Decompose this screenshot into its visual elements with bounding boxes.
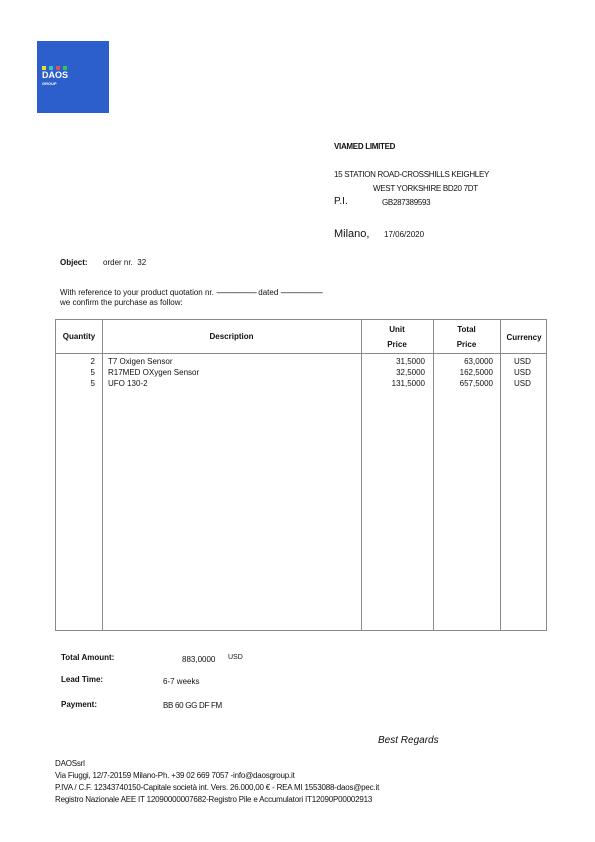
recipient-company: VIAMED LIMITED — [334, 142, 395, 151]
header-currency: Currency — [500, 330, 548, 345]
place: Milano, — [334, 228, 369, 240]
recipient-address-line2: WEST YORKSHIRE BD20 7DT — [373, 184, 478, 193]
cell-total-price: 657,5000 — [460, 379, 493, 388]
total-amount-currency: USD — [228, 654, 243, 661]
recipient-address-line1: 15 STATION ROAD-CROSSHILLS KEIGHLEY — [334, 170, 489, 179]
cell-total-price: 63,0000 — [464, 357, 493, 366]
header-divider — [56, 353, 546, 354]
cell-unit-price: 131,5000 — [392, 379, 425, 388]
closing: Best Regards — [378, 735, 439, 746]
intro-prefix: With reference to your product quotation… — [60, 288, 214, 297]
payment-label: Payment: — [61, 700, 97, 709]
total-amount-label: Total Amount: — [61, 653, 114, 662]
cell-unit-price: 32,5000 — [396, 368, 425, 377]
cell-unit-price: 31,5000 — [396, 357, 425, 366]
header-total-price-line1: Total — [433, 322, 500, 337]
intro-line1: With reference to your product quotation… — [60, 288, 322, 297]
header-unit-price: Unit Price — [361, 322, 433, 352]
table-row: 5UFO 130-2131,5000657,5000USD — [56, 379, 546, 390]
date: 17/06/2020 — [384, 230, 424, 239]
quotation-number-blank: ------------------------ — [216, 288, 256, 297]
intro-line2: we confirm the purchase as follow: — [60, 298, 183, 307]
total-amount-value: 883,0000 — [182, 655, 215, 664]
company-logo: DAOS GROUP — [37, 41, 109, 113]
pi-value: GB287389593 — [382, 198, 430, 207]
footer-address: Via Fiuggi, 12/7-20159 Milano-Ph. +39 02… — [55, 771, 295, 780]
table-row: 2T7 Oxigen Sensor31,500063,0000USD — [56, 357, 546, 368]
pi-label: P.I. — [334, 196, 348, 207]
lead-time-value: 6-7 weeks — [163, 677, 199, 686]
object-value: order nr. 32 — [103, 258, 146, 267]
logo-subtitle: GROUP — [42, 81, 57, 86]
cell-currency: USD — [514, 368, 531, 377]
cell-quantity: 5 — [91, 379, 95, 388]
header-total-price: Total Price — [433, 322, 500, 352]
quotation-date-blank: ------------------------- — [281, 288, 323, 297]
cell-description: UFO 130-2 — [108, 379, 148, 388]
cell-description: T7 Oxigen Sensor — [108, 357, 172, 366]
logo-name: DAOS — [42, 70, 68, 80]
footer-registry: Registro Nazionale AEE IT 12090000007682… — [55, 795, 372, 804]
cell-total-price: 162,5000 — [460, 368, 493, 377]
payment-value: BB 60 GG DF FM — [163, 701, 222, 710]
object-label: Object: — [60, 258, 88, 267]
header-unit-price-line1: Unit — [361, 322, 433, 337]
cell-currency: USD — [514, 379, 531, 388]
header-quantity: Quantity — [56, 329, 102, 344]
header-total-price-line2: Price — [433, 337, 500, 352]
table-row: 5R17MED OXygen Sensor32,5000162,5000USD — [56, 368, 546, 379]
header-description: Description — [102, 329, 361, 344]
footer-vat: P.IVA / C.F. 12343740150-Capitale societ… — [55, 783, 379, 792]
cell-currency: USD — [514, 357, 531, 366]
intro-dated: dated — [258, 288, 278, 297]
lead-time-label: Lead Time: — [61, 675, 103, 684]
header-unit-price-line2: Price — [361, 337, 433, 352]
footer-company: DAOSsrl — [55, 759, 85, 768]
cell-quantity: 5 — [91, 368, 95, 377]
cell-quantity: 2 — [91, 357, 95, 366]
order-table: Quantity Description Unit Price Total Pr… — [55, 319, 547, 631]
cell-description: R17MED OXygen Sensor — [108, 368, 199, 377]
